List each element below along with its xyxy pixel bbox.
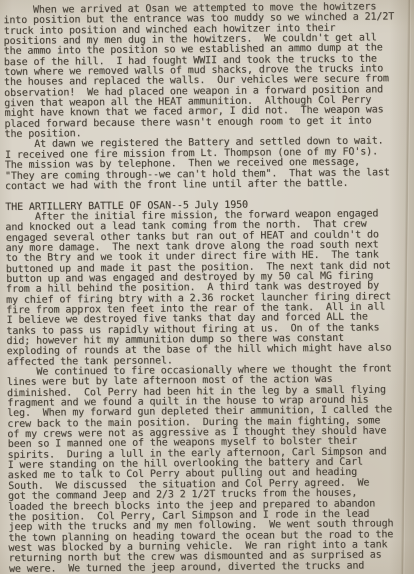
page-text: When we arrived at Osan we attempted to … xyxy=(3,2,410,574)
text-line: we were. We turned the jeep around, dive… xyxy=(9,561,411,574)
document-photo: When we arrived at Osan we attempted to … xyxy=(0,0,414,574)
